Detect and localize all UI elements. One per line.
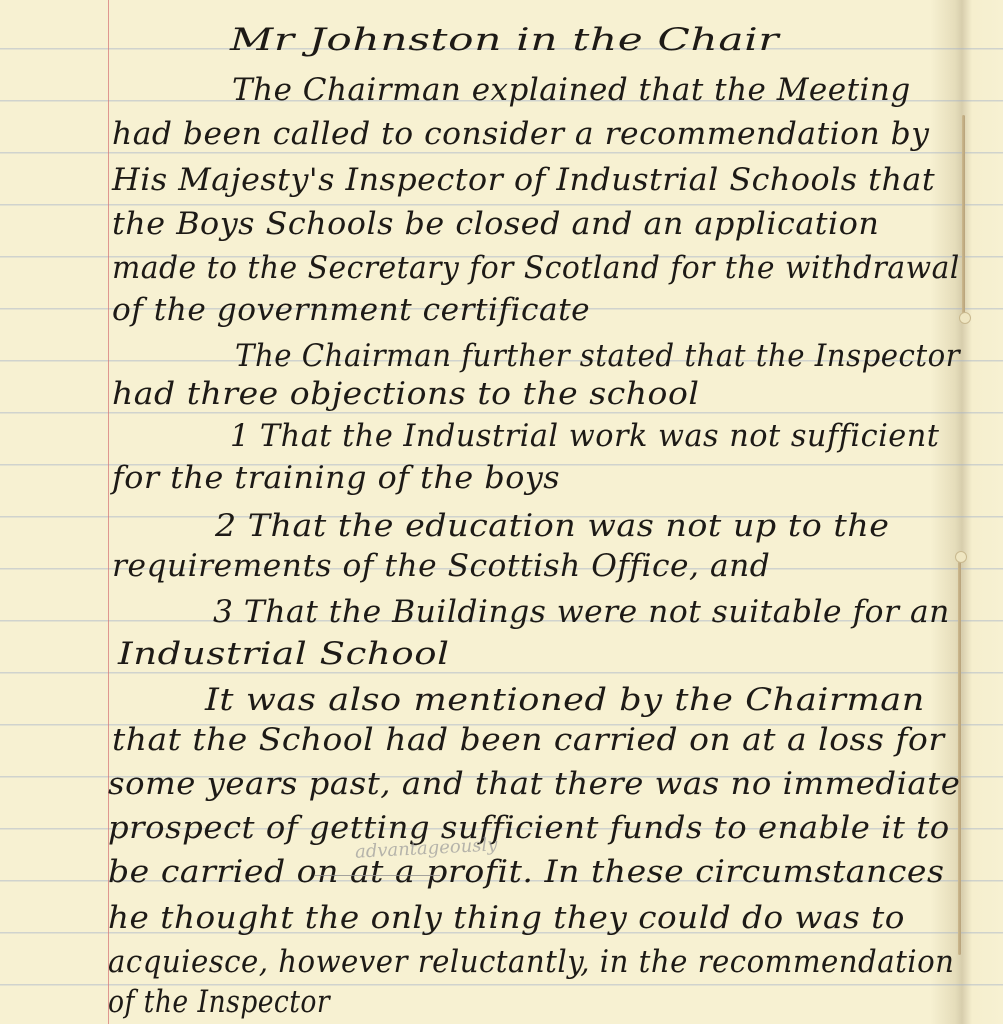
text-line: he thought the only thing they could do … [108,900,905,936]
text-line: Industrial School [118,636,450,672]
text-line: acquiesce, however reluctantly, in the r… [108,944,954,980]
binding-hole [959,312,971,324]
text-line: for the training of the boys [112,460,560,496]
text-line: had three objections to the school [112,376,699,412]
text-line: His Majesty's Inspector of Industrial Sc… [112,162,935,198]
text-line: the Boys Schools be closed and an applic… [112,206,879,242]
text-line: some years past, and that there was no i… [108,766,960,802]
text-line: made to the Secretary for Scotland for t… [112,250,960,286]
text-line: The Chairman explained that the Meeting [232,72,911,108]
pencil-strikethrough [315,875,440,876]
binding-hole [955,551,967,563]
text-line: be carried on at a profit. In these circ… [108,854,944,890]
objection-item: 1 That the Industrial work was not suffi… [230,418,939,454]
text-line: that the School had been carried on at a… [112,722,945,758]
binding-thread-top [962,115,965,315]
text-line: It was also mentioned by the Chairman [205,682,925,718]
text-line: requirements of the Scottish Office, and [112,548,770,584]
text-line: of the government certificate [112,292,590,328]
notebook-page: Mr Johnston in the Chair The Chairman ex… [0,0,1003,1024]
text-line: had been called to consider a recommenda… [112,116,929,152]
text-line: prospect of getting sufficient funds to … [108,810,950,846]
objection-item: 3 That the Buildings were not suitable f… [213,594,950,630]
binding-thread-bottom [958,555,961,955]
objection-item: 2 That the education was not up to the [215,508,890,544]
heading-line: Mr Johnston in the Chair [230,22,779,58]
text-line: The Chairman further stated that the Ins… [235,338,960,374]
text-line: of the Inspector [108,984,330,1020]
